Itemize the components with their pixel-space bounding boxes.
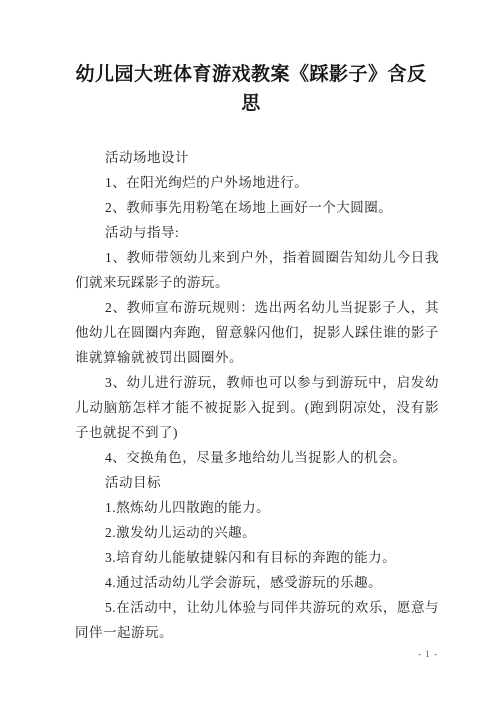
paragraph-goal-item: 2.激发幼儿运动的兴趣。	[75, 520, 439, 545]
paragraph-goal-item: 3.培育幼儿能敏捷躲闪和有目标的奔跑的能力。	[75, 545, 439, 570]
section-heading-activity-guidance: 活动与指导:	[75, 220, 439, 245]
paragraph-guidance-item: 2、教师宣布游玩规则：选出两名幼儿当捉影子人，其他幼儿在圆圈内奔跑，留意躲闪他们…	[75, 295, 439, 370]
document-title: 幼儿园大班体育游戏教案《踩影子》含反思	[72, 0, 430, 118]
paragraph-goal-item: 4.通过活动幼儿学会游玩，感受游玩的乐趣。	[75, 570, 439, 595]
paragraph-venue-item: 1、在阳光绚烂的户外场地进行。	[75, 170, 439, 195]
paragraph-venue-item: 2、教师事先用粉笔在场地上画好一个大圆圈。	[75, 195, 439, 220]
paragraph-goal-item: 5.在活动中，让幼儿体验与同伴共游玩的欢乐，愿意与同伴一起游玩。	[75, 595, 439, 645]
section-heading-activity-goals: 活动目标	[75, 470, 439, 495]
page-number: - 1 -	[418, 649, 438, 659]
document-body: 活动场地设计 1、在阳光绚烂的户外场地进行。 2、教师事先用粉笔在场地上画好一个…	[75, 145, 439, 645]
paragraph-guidance-item: 1、教师带领幼儿来到户外，指着圆圈告知幼儿今日我们就来玩踩影子的游玩。	[75, 245, 439, 295]
paragraph-guidance-item: 3、幼儿进行游玩，教师也可以参与到游玩中，启发幼儿动脑筋怎样才能不被捉影入捉到。…	[75, 370, 439, 445]
document-page: 幼儿园大班体育游戏教案《踩影子》含反思 活动场地设计 1、在阳光绚烂的户外场地进…	[0, 0, 500, 708]
paragraph-goal-item: 1.熬炼幼儿四散跑的能力。	[75, 495, 439, 520]
section-heading-venue-design: 活动场地设计	[75, 145, 439, 170]
paragraph-guidance-item: 4、交换角色，尽量多地给幼儿当捉影人的机会。	[75, 445, 439, 470]
